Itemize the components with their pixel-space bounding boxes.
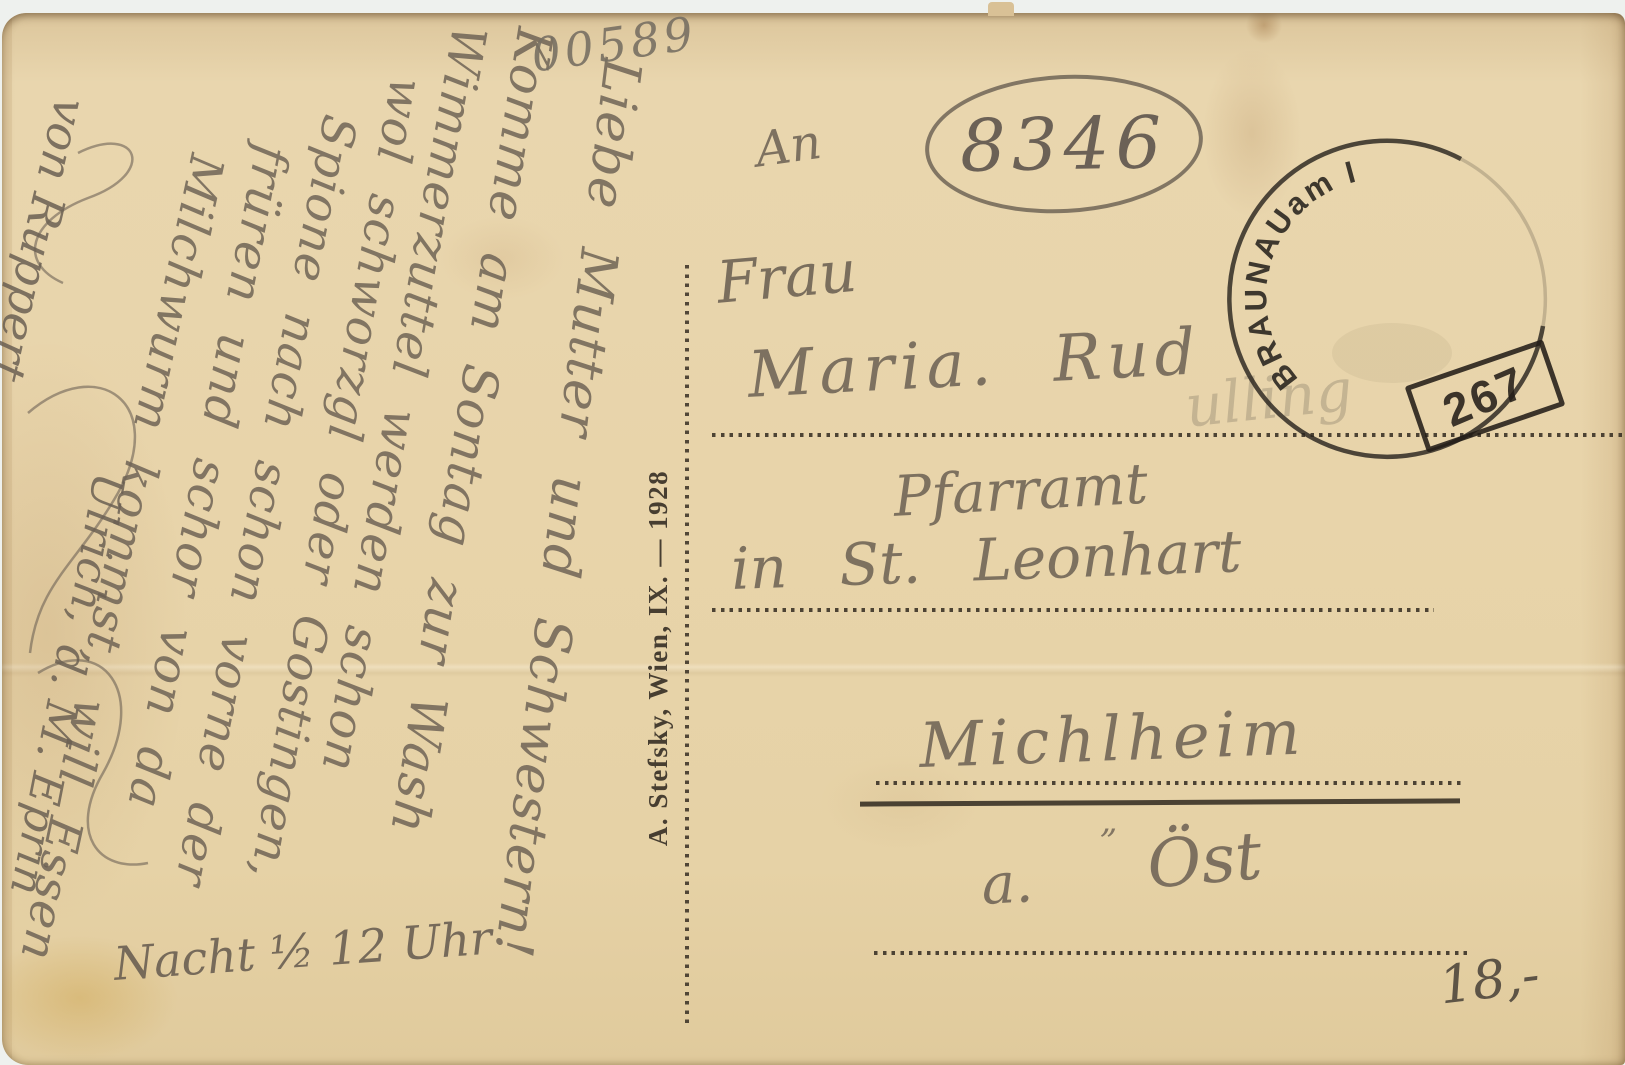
divider-dotted-line	[685, 265, 689, 1023]
address-region: Öst	[1144, 817, 1265, 904]
address-town-mark: „	[1100, 801, 1118, 841]
address-parish: in St. Leonhart	[730, 517, 1242, 603]
address-dotted-line-4	[874, 951, 1472, 955]
paper-edge-tab	[988, 2, 1014, 16]
postcard-back: Liebe Mutter und Schwestern! Komme am So…	[2, 13, 1625, 1065]
publisher-imprint: A. Stefsky, Wien, IX. — 1928	[643, 430, 677, 886]
address-office: Pfarramt	[892, 452, 1149, 530]
address-dotted-line-3	[876, 781, 1462, 785]
address-name: Maria. Rud	[746, 315, 1203, 413]
postmark-stamp: BRAUNAUam I	[1187, 98, 1625, 498]
address-region-prefix: a.	[980, 850, 1035, 918]
address-an: An	[752, 114, 825, 179]
collection-number: 00589	[528, 6, 700, 83]
catalog-number-oval: 8346	[922, 68, 1207, 220]
catalog-number: 8346	[960, 100, 1169, 188]
address-solid-line	[860, 798, 1460, 806]
address-dotted-line-2	[712, 608, 1434, 612]
address-salutation: Frau	[714, 237, 859, 317]
price-note: 18,-	[1436, 945, 1543, 1017]
address-town: Michlheim	[918, 695, 1307, 781]
